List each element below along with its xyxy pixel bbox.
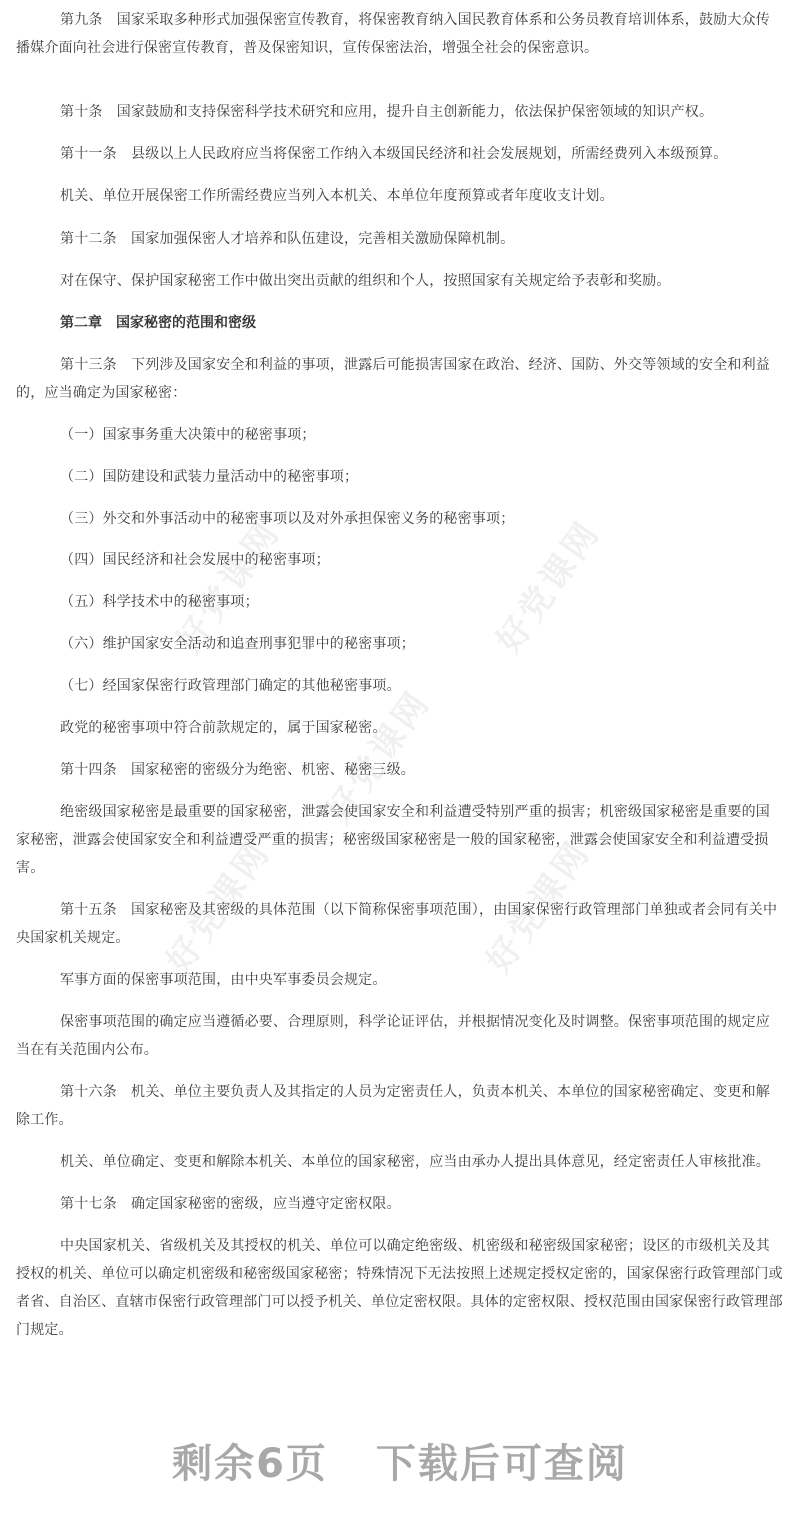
article-15-para-3: 保密事项范围的确定应当遵循必要、合理原则，科学论证评估，并根据情况变化及时调整。… bbox=[16, 1008, 784, 1064]
list-item-2: （二）国防建设和武装力量活动中的秘密事项； bbox=[60, 463, 784, 491]
remaining-pages-label: 剩余6页 bbox=[172, 1441, 328, 1487]
article-15-para-2: 军事方面的保密事项范围，由中央军事委员会规定。 bbox=[60, 966, 784, 994]
article-16-para-2: 机关、单位确定、变更和解除本机关、本单位的国家秘密，应当由承办人提出具体意见，经… bbox=[60, 1148, 784, 1176]
download-prompt[interactable]: 剩余6页下载后可查阅 bbox=[0, 1432, 800, 1489]
list-item-1: （一）国家事务重大决策中的秘密事项； bbox=[60, 421, 784, 449]
article-9: 第九条 国家采取多种形式加强保密宣传教育，将保密教育纳入国民教育体系和公务员教育… bbox=[16, 6, 784, 62]
article-10: 第十条 国家鼓励和支持保密科学技术研究和应用，提升自主创新能力，依法保护保密领域… bbox=[60, 98, 784, 126]
list-item-6: （六）维护国家安全活动和追查刑事犯罪中的秘密事项； bbox=[60, 630, 784, 658]
document-page: 好党课网 好党课网 好党课网 好党课网 好党课网 第九条 国家采取多种形式加强保… bbox=[0, 0, 800, 1536]
article-12: 第十二条 国家加强保密人才培养和队伍建设，完善相关激励保障机制。 bbox=[60, 225, 784, 253]
article-11-para-2: 机关、单位开展保密工作所需经费应当列入本机关、本单位年度预算或者年度收支计划。 bbox=[60, 182, 784, 210]
article-15: 第十五条 国家秘密及其密级的具体范围（以下简称保密事项范围），由国家保密行政管理… bbox=[16, 896, 784, 952]
download-to-view-label: 下载后可查阅 bbox=[376, 1441, 628, 1487]
article-14-para-2: 绝密级国家秘密是最重要的国家秘密，泄露会使国家安全和利益遭受特别严重的损害；机密… bbox=[16, 798, 784, 882]
list-item-7: （七）经国家保密行政管理部门确定的其他秘密事项。 bbox=[60, 672, 784, 700]
article-13: 第十三条 下列涉及国家安全和利益的事项，泄露后可能损害国家在政治、经济、国防、外… bbox=[16, 351, 784, 407]
list-item-4: （四）国民经济和社会发展中的秘密事项； bbox=[60, 546, 784, 574]
article-14: 第十四条 国家秘密的密级分为绝密、机密、秘密三级。 bbox=[60, 756, 784, 784]
chapter-heading: 第二章 国家秘密的范围和密级 bbox=[60, 309, 256, 337]
article-13-para-2: 政党的秘密事项中符合前款规定的，属于国家秘密。 bbox=[60, 714, 784, 742]
article-12-para-2: 对在保守、保护国家秘密工作中做出突出贡献的组织和个人，按照国家有关规定给予表彰和… bbox=[60, 267, 784, 295]
article-11: 第十一条 县级以上人民政府应当将保密工作纳入本级国民经济和社会发展规划，所需经费… bbox=[60, 140, 784, 168]
article-17-para-2: 中央国家机关、省级机关及其授权的机关、单位可以确定绝密级、机密级和秘密级国家秘密… bbox=[16, 1232, 784, 1344]
list-item-5: （五）科学技术中的秘密事项； bbox=[60, 588, 784, 616]
article-17: 第十七条 确定国家秘密的密级，应当遵守定密权限。 bbox=[60, 1190, 784, 1218]
article-16: 第十六条 机关、单位主要负责人及其指定的人员为定密责任人，负责本机关、本单位的国… bbox=[16, 1078, 784, 1134]
list-item-3: （三）外交和外事活动中的秘密事项以及对外承担保密义务的秘密事项； bbox=[60, 505, 784, 533]
